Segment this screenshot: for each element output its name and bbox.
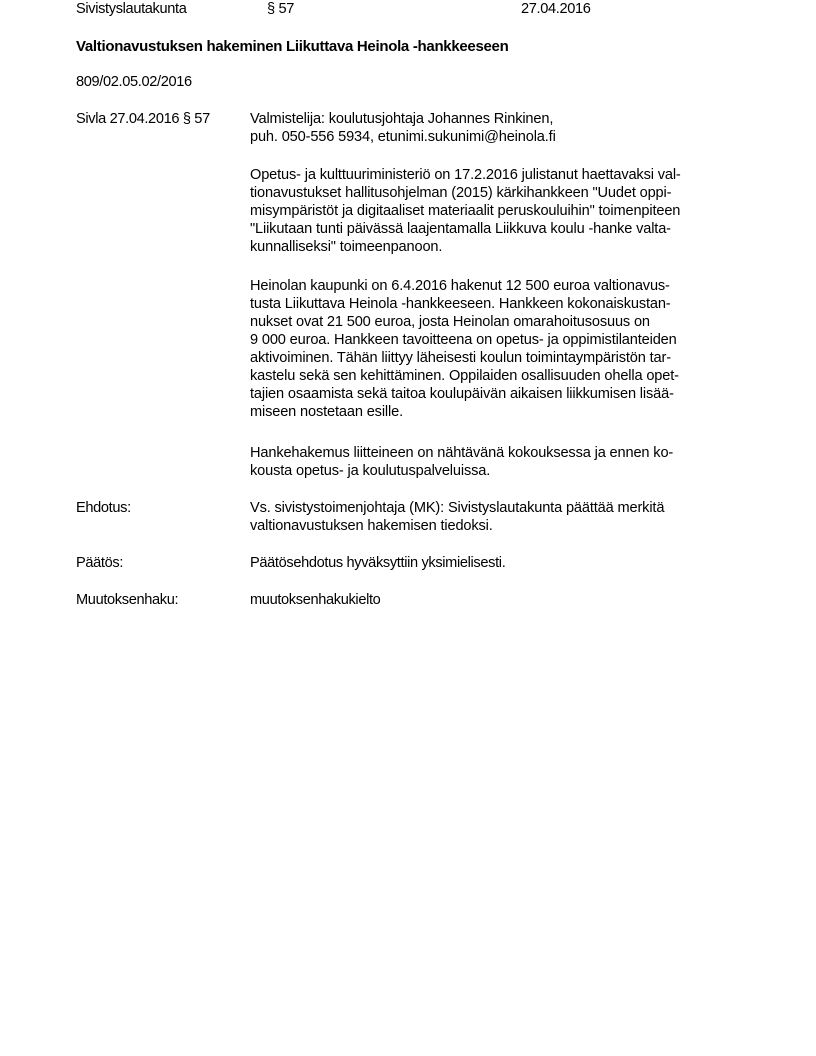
- board-name: Sivistyslautakunta: [76, 0, 187, 18]
- paragraph-attachments: Hankehakemus liitteineen on nähtävänä ko…: [250, 444, 673, 480]
- preparer-line: Valmistelija: koulutusjohtaja Johannes R…: [250, 110, 556, 128]
- appeal-label: Muutoksenhaku:: [76, 591, 178, 609]
- preparer-contact: puh. 050-556 5934, etunimi.sukunimi@hein…: [250, 128, 556, 146]
- decision-text: Päätösehdotus hyväksyttiin yksimielisest…: [250, 554, 505, 572]
- section-number: § 57: [267, 0, 294, 18]
- proposal-label: Ehdotus:: [76, 499, 131, 517]
- appeal-text: muutoksenhakukielto: [250, 591, 380, 609]
- paragraph-application: Heinolan kaupunki on 6.4.2016 hakenut 12…: [250, 277, 679, 421]
- proposal-text: Vs. sivistystoimenjohtaja (MK): Sivistys…: [250, 499, 664, 535]
- paragraph-ministry: Opetus- ja kulttuuriministeriö on 17.2.2…: [250, 166, 681, 256]
- document-title: Valtionavustuksen hakeminen Liikuttava H…: [76, 38, 508, 56]
- decision-label: Päätös:: [76, 554, 123, 572]
- preparer-block: Valmistelija: koulutusjohtaja Johannes R…: [250, 110, 556, 146]
- record-number: 809/02.05.02/2016: [76, 73, 192, 91]
- meeting-reference: Sivla 27.04.2016 § 57: [76, 110, 210, 128]
- meeting-date: 27.04.2016: [521, 0, 591, 18]
